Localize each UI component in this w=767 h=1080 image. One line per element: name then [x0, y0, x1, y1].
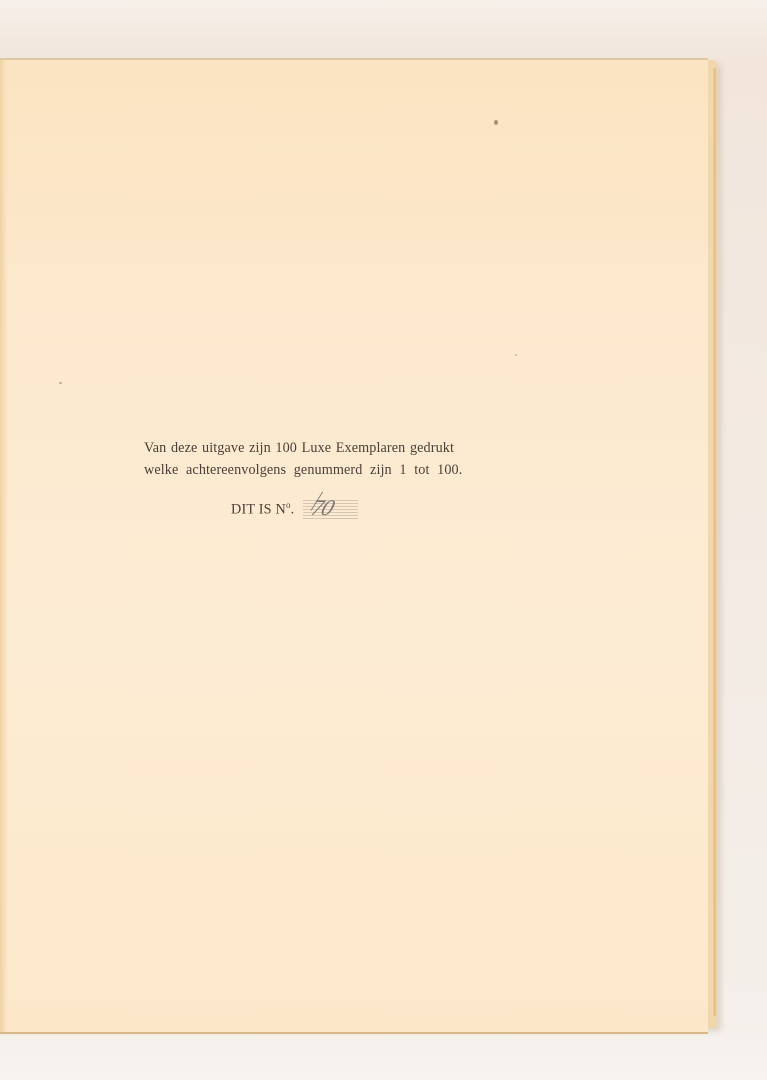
- book-page: Van deze uitgave zijn 100 Luxe Exemplare…: [0, 58, 708, 1034]
- colophon-line-1: Van deze uitgave zijn 100 Luxe Exemplare…: [144, 437, 454, 459]
- edition-number-field: 70: [303, 498, 358, 520]
- paper-foxing-spot: [515, 354, 517, 356]
- edition-number-row: DIT IS No. 70: [231, 496, 358, 522]
- edition-number-label: DIT IS No.: [231, 500, 294, 519]
- label-suffix: .: [291, 501, 295, 517]
- paper-foxing-spot: [494, 120, 498, 125]
- colophon-line-2: welke achtereenvolgens genummerd zijn 1 …: [144, 459, 454, 481]
- paper-foxing-spot: [59, 382, 62, 384]
- label-prefix: DIT IS N: [231, 501, 286, 517]
- colophon-text: Van deze uitgave zijn 100 Luxe Exemplare…: [144, 437, 454, 481]
